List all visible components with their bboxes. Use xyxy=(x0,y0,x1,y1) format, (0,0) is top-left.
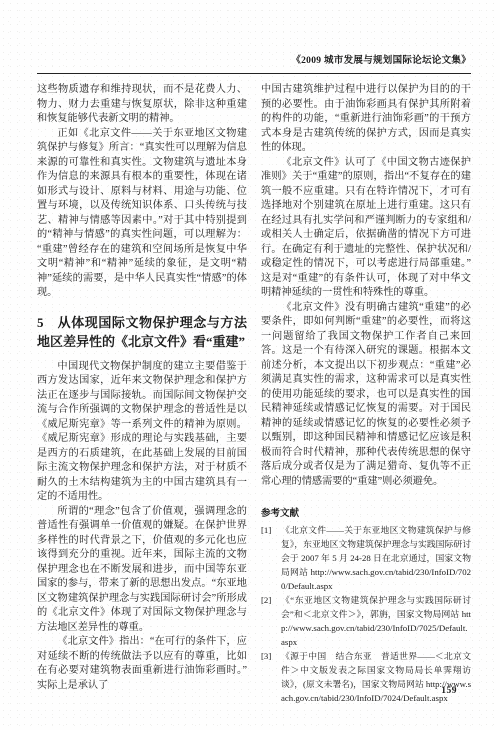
page-content: 《2009 城市发展与规划国际论坛论文集》 这些物质遗存和维持现状，而不是花费人… xyxy=(37,50,471,705)
page-number: 159 xyxy=(441,686,457,696)
two-column-layout: 这些物质遗存和维持现状，而不是花费人力、物力、财力去重建与恢复原状，除非这种重建… xyxy=(37,83,471,705)
reference-number: [1] xyxy=(261,523,281,593)
paragraph: 《北京文件》指出：“在可行的条件下，应对延续不断的传统做法予以应有的尊重，比如在… xyxy=(37,635,247,693)
reference-number: [2] xyxy=(261,593,281,649)
text-column-left: 这些物质遗存和维持现状，而不是花费人力、物力、财力去重建与恢复原状，除非这种重建… xyxy=(37,83,247,705)
paragraph-continuation: 这些物质遗存和维持现状，而不是花费人力、物力、财力去重建与恢复原状，除非这种重建… xyxy=(37,83,247,127)
paragraph-continuation: 中国古建筑维护过程中进行以保护为目的的干预的必要性。由于油饰彩画具有保护其所附着… xyxy=(261,83,471,156)
text-column-right: 中国古建筑维护过程中进行以保护为目的的干预的必要性。由于油饰彩画具有保护其所附着… xyxy=(261,83,471,705)
paragraph: 《北京文件》没有明确古建筑“重建”的必要条件，即如何判断“重建”的必要性，而将这… xyxy=(261,301,471,490)
reference-text: 《北京文件——关于东亚地区文物建筑保护与修复》，东亚地区文物建筑保护理念与实践国… xyxy=(281,523,471,593)
paragraph: 中国现代文物保护制度的建立主要借鉴于西方发达国家，近年来文物保护理念和保护方法正… xyxy=(37,360,247,505)
header-rule xyxy=(37,73,471,74)
document-page: 《2009 城市发展与规划国际论坛论文集》 这些物质遗存和维持现状，而不是花费人… xyxy=(0,0,500,730)
paragraph: 正如《北京文件——关于东亚地区文物建筑保护与修复》所言：“真实性可以理解为信息来… xyxy=(37,127,247,301)
reference-text: 《源于中国 结合东亚 普适世界——＜北京文件＞中文版发表之际国家文物局局长单霁翔… xyxy=(281,649,471,705)
running-header: 《2009 城市发展与规划国际论坛论文集》 xyxy=(37,50,471,68)
paragraph: 所谓的“理念”包含了价值观，强调理念的普适性有强调单一价值观的嫌疑。在保护世界多… xyxy=(37,505,247,636)
reference-text: 《“东亚地区文物建筑保护理念与实践国际研讨会”和＜北京文件＞》，郭旃，国家文物局… xyxy=(281,593,471,649)
reference-item: [2]《“东亚地区文物建筑保护理念与实践国际研讨会”和＜北京文件＞》，郭旃，国家… xyxy=(261,593,471,649)
reference-item: [3]《源于中国 结合东亚 普适世界——＜北京文件＞中文版发表之际国家文物局局长… xyxy=(261,649,471,705)
references-heading: 参考文献 xyxy=(261,505,471,519)
reference-item: [1]《北京文件——关于东亚地区文物建筑保护与修复》，东亚地区文物建筑保护理念与… xyxy=(261,523,471,593)
paragraph: 《北京文件》认可了《中国文物古迹保护准则》关于“重建”的原则，指出“不复存在的建… xyxy=(261,156,471,301)
reference-number: [3] xyxy=(261,649,281,705)
section-heading: 5 从体现国际文物保护理念与方法地区差异性的《北京文件》看“重建” xyxy=(37,313,247,351)
proceedings-title: 《2009 城市发展与规划国际论坛论文集》 xyxy=(291,56,471,66)
